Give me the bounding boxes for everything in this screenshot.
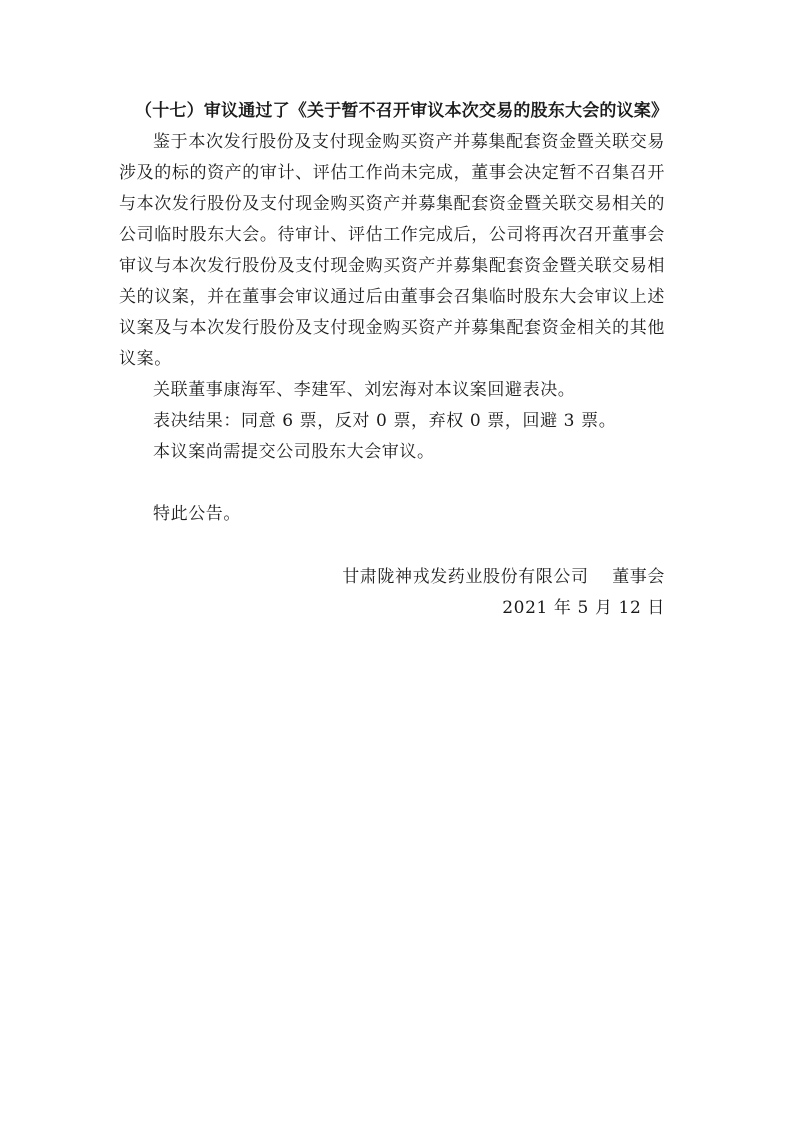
signing-organization: 甘肃陇神戎发药业股份有限公司 董事会: [342, 562, 665, 593]
vote-result: 表决结果：同意 6 票，反对 0 票，弃权 0 票，回避 3 票。: [119, 406, 665, 437]
body-paragraph: 鉴于本次发行股份及支付现金购买资产并募集配套资金暨关联交易涉及的标的资产的审计、…: [119, 127, 665, 375]
section-heading: （十七）审议通过了《关于暂不召开审议本次交易的股东大会的议案》: [119, 96, 665, 127]
signing-date: 2021 年 5 月 12 日: [342, 593, 665, 624]
recusal-statement: 关联董事康海军、李建军、刘宏海对本议案回避表决。: [119, 375, 665, 406]
submission-note: 本议案尚需提交公司股东大会审议。: [119, 437, 665, 468]
signature-block: 甘肃陇神戎发药业股份有限公司 董事会 2021 年 5 月 12 日: [342, 562, 665, 624]
blank-line: [119, 468, 665, 499]
closing-statement: 特此公告。: [119, 499, 665, 530]
document-page: （十七）审议通过了《关于暂不召开审议本次交易的股东大会的议案》 鉴于本次发行股份…: [119, 96, 665, 530]
